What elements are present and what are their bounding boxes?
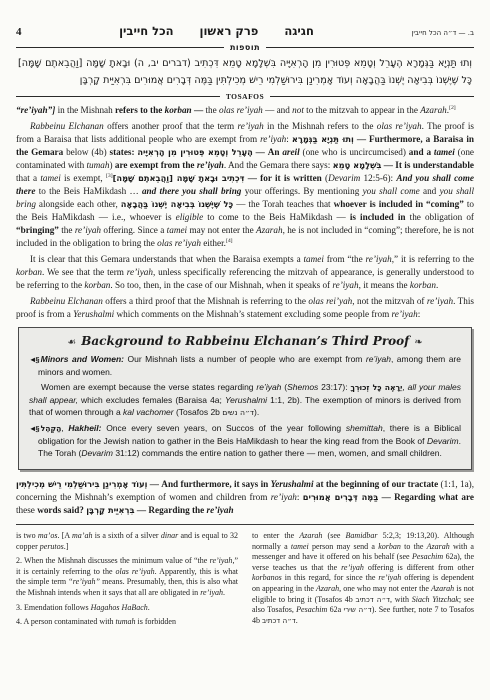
tosafos-hebrew-text: וְתוּ תַּנְיָא בַּגְּמָרָא הֶעָרֵל וְטָמ… bbox=[18, 55, 472, 89]
background-box-title-text: Background to Rabbeinu Elchanan’s Third … bbox=[81, 334, 409, 348]
folio-dibur-reference: ב. — ד״ה הכל חייבין bbox=[411, 29, 474, 37]
footnote: 2. When the Mishnah discusses the minimu… bbox=[16, 556, 238, 598]
masechta-name: חגיגה bbox=[284, 24, 313, 38]
footnote: is two ma’os. [A ma’ah is a sixth of a s… bbox=[16, 531, 238, 552]
background-box-paragraph: Women are exempt because the verse state… bbox=[29, 381, 461, 419]
divider-line bbox=[270, 96, 474, 97]
section-marker-icon: ◄§ bbox=[29, 355, 41, 364]
footnote: 3. Emendation follows Hagahos HaBach. bbox=[16, 603, 238, 614]
footnotes-left-column: is two ma’os. [A ma’ah is a sixth of a s… bbox=[16, 531, 238, 632]
background-box: ☙Background to Rabbeinu Elchanan’s Third… bbox=[18, 327, 472, 470]
footnotes-right-column: to enter the Azarah (see Bamidbar 5:2,3;… bbox=[252, 531, 474, 632]
elucidation-paragraph: Rabbeinu Elchanan offers another proof t… bbox=[16, 120, 474, 250]
background-box-paragraph: ◄§Minors and Women: Our Mishnah lists a … bbox=[29, 353, 461, 378]
leaf-ornament-icon: ❧ bbox=[409, 337, 427, 348]
background-box-paragraph: ◄§הַקְהֵל, Hakheil: Once every seven yea… bbox=[29, 422, 461, 459]
talmud-commentary-page: 4 הכל חייבין פרק ראשון חגיגה ב. — ד״ה הכ… bbox=[0, 0, 490, 700]
footnote: 4. A person contaminated with tumah is f… bbox=[16, 617, 238, 628]
page-number: 4 bbox=[16, 26, 22, 38]
elucidation-paragraph: It is clear that this Gemara understands… bbox=[16, 253, 474, 292]
masechta-title: הכל חייבין פרק ראשון חגיגה bbox=[119, 24, 314, 38]
section-marker-icon: ◄§ bbox=[29, 424, 41, 433]
divider-line bbox=[266, 47, 474, 48]
elucidation-paragraph-after-box: וְעוֹד אָמְרִינַן בִּירוּשַׁלְמִי רֵישׁ … bbox=[16, 478, 474, 517]
chapter-number: פרק ראשון bbox=[200, 24, 259, 38]
elucidation-body: “re’iyah”] in the Mishnah refers to the … bbox=[16, 104, 474, 517]
background-box-paragraph-text: הַקְהֵל, Hakheil: Once every seven years… bbox=[38, 423, 461, 458]
divider-line bbox=[16, 47, 224, 48]
leaf-ornament-icon: ☙ bbox=[62, 337, 81, 348]
footnote: to enter the Azarah (see Bamidbar 5:2,3;… bbox=[252, 531, 474, 626]
tosafos-divider-english: TOSAFOS bbox=[16, 92, 474, 101]
page-header: 4 הכל חייבין פרק ראשון חגיגה ב. — ד״ה הכ… bbox=[16, 24, 474, 38]
elucidation-paragraph: “re’iyah”] in the Mishnah refers to the … bbox=[16, 104, 474, 117]
footnote-rule bbox=[16, 524, 474, 525]
footnotes: is two ma’os. [A ma’ah is a sixth of a s… bbox=[16, 531, 474, 632]
elucidation-paragraph: Rabbeinu Elchanan offers a third proof t… bbox=[16, 295, 474, 321]
tosafos-label-english: TOSAFOS bbox=[226, 92, 264, 101]
background-box-paragraph-text: Minors and Women: Our Mishnah lists a nu… bbox=[38, 354, 461, 377]
background-box-title: ☙Background to Rabbeinu Elchanan’s Third… bbox=[29, 334, 461, 348]
divider-line bbox=[16, 96, 220, 97]
tosafos-divider-hebrew: תוספות bbox=[16, 43, 474, 52]
tosafos-label-hebrew: תוספות bbox=[230, 43, 260, 52]
chapter-name: הכל חייבין bbox=[119, 24, 173, 38]
